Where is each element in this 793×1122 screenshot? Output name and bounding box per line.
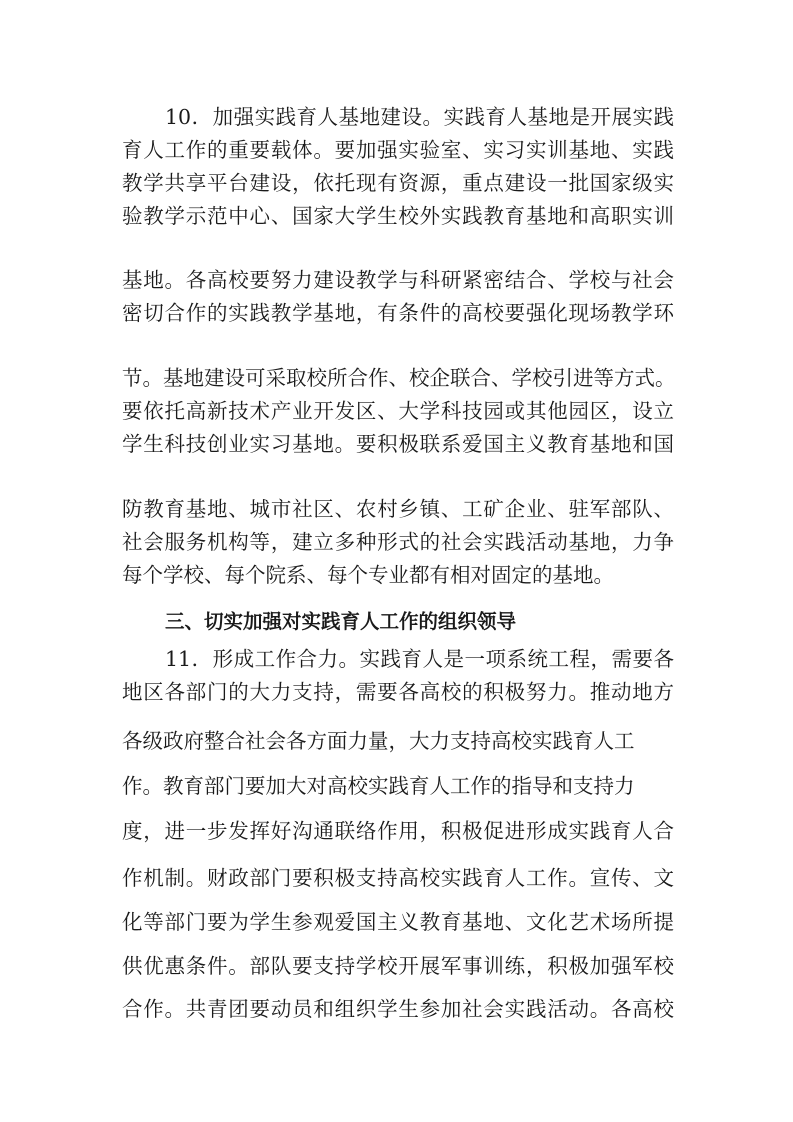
- paragraph-10-line-9: 学生科技创业实习基地。要积极联系爱国主义教育基地和国: [122, 428, 674, 461]
- document-page: 10．加强实践育人基地建设。实践育人基地是开展实践 育人工作的重要载体。要加强实…: [0, 0, 793, 1122]
- paragraph-10-line-1: 10．加强实践育人基地建设。实践育人基地是开展实践: [165, 101, 674, 134]
- paragraph-11-line-7: 化等部门要为学生参观爱国主义教育基地、文化艺术场所提: [122, 906, 674, 939]
- paragraph-11-line-3: 各级政府整合社会各方面力量，大力支持高校实践育人工: [122, 725, 674, 758]
- paragraph-10-line-5: 基地。各高校要努力建设教学与科研紧密结合、学校与社会: [122, 264, 674, 297]
- paragraph-11-line-5: 度，进一步发挥好沟通联络作用，积极促进形成实践育人合: [122, 815, 674, 848]
- paragraph-10-line-6: 密切合作的实践教学基地，有条件的高校要强化现场教学环: [122, 297, 674, 330]
- paragraph-11-line-4: 作。教育部门要加大对高校实践育人工作的指导和支持力: [122, 770, 674, 803]
- paragraph-10-line-11: 社会服务机构等，建立多种形式的社会实践活动基地，力争: [122, 526, 674, 559]
- paragraph-10-line-7: 节。基地建设可采取校所合作、校企联合、学校引进等方式。: [122, 362, 674, 395]
- paragraph-10-line-8: 要依托高新技术产业开发区、大学科技园或其他园区，设立: [122, 395, 674, 428]
- paragraph-10-line-3: 教学共享平台建设，依托现有资源，重点建设一批国家级实: [122, 167, 674, 200]
- paragraph-11-line-6: 作机制。财政部门要积极支持高校实践育人工作。宣传、文: [122, 862, 674, 895]
- paragraph-11-line-1: 11．形成工作合力。实践育人是一项系统工程，需要各: [165, 643, 674, 676]
- paragraph-11-line-9: 合作。共青团要动员和组织学生参加社会实践活动。各高校: [122, 993, 674, 1026]
- paragraph-11-line-8: 供优惠条件。部队要支持学校开展军事训练，积极加强军校: [122, 950, 674, 983]
- section-heading: 三、切实加强对实践育人工作的组织领导: [165, 605, 674, 638]
- paragraph-10-line-2: 育人工作的重要载体。要加强实验室、实习实训基地、实践: [122, 134, 674, 167]
- paragraph-10-line-4: 验教学示范中心、国家大学生校外实践教育基地和高职实训: [122, 200, 674, 233]
- paragraph-11-line-2: 地区各部门的大力支持，需要各高校的积极努力。推动地方: [122, 676, 674, 709]
- paragraph-10-line-10: 防教育基地、城市社区、农村乡镇、工矿企业、驻军部队、: [122, 493, 674, 526]
- paragraph-10-line-12: 每个学校、每个院系、每个专业都有相对固定的基地。: [122, 559, 674, 592]
